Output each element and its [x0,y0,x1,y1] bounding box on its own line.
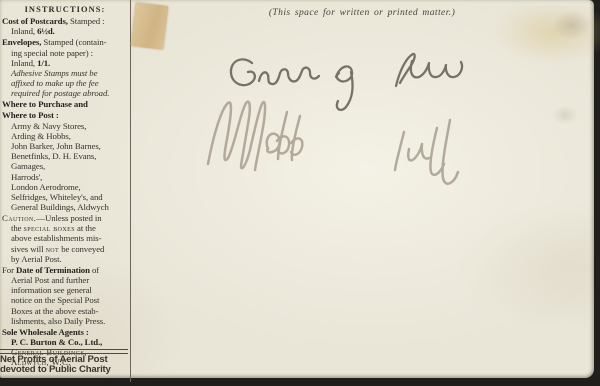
postcard-scan: INSTRUCTIONS: Cost of Postcards, Stamped… [0,0,600,386]
instruction-block: Where to Purchase andWhere to Post : [2,99,128,119]
charity-note-line2: devoted to Public Charity [0,364,111,375]
instruction-block: Army & Navy Stores,Arding & Hobbs,John B… [2,121,128,212]
charity-note: Net Profits of Aerial Post devoted to Pu… [0,355,128,376]
instruction-block: Caution.—Unless posted inthe special box… [2,213,128,264]
postcard-back: INSTRUCTIONS: Cost of Postcards, Stamped… [0,0,594,378]
instruction-block: Envelopes, Stamped (contain-ing special … [2,37,128,98]
instructions-title: INSTRUCTIONS: [2,5,128,15]
smudge-mark [552,105,578,125]
handwriting-signature [208,102,458,184]
tape-remnant [130,2,168,50]
instruction-block: Cost of Postcards, Stamped :Inland, 6½d. [2,16,128,36]
instruction-block: For Date of Termination ofAerial Post an… [2,265,128,326]
handwriting-greeting [231,54,462,110]
instructions-blocks: Cost of Postcards, Stamped :Inland, 6½d.… [2,16,128,367]
smudge-mark [552,10,592,40]
instructions-column: INSTRUCTIONS: Cost of Postcards, Stamped… [0,0,131,382]
